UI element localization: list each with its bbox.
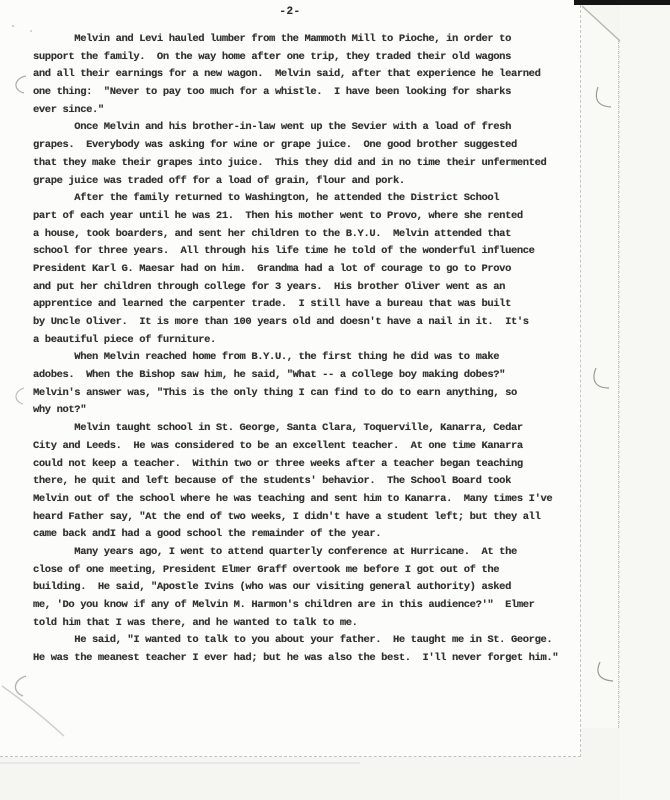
text-line: school for three years. All through his … bbox=[33, 243, 573, 261]
text-line: support the family. On the way home afte… bbox=[33, 49, 573, 67]
text-line: grape juice was traded off for a load of… bbox=[33, 173, 573, 191]
text-line: President Karl G. Maesar had on him. Gra… bbox=[33, 261, 573, 279]
scanner-edge-bar bbox=[574, 0, 670, 5]
text-line: He said, "I wanted to talk to you about … bbox=[33, 632, 573, 650]
text-line: me, 'Do you know if any of Melvin M. Har… bbox=[33, 597, 573, 615]
text-line: one thing: "Never to pay too much for a … bbox=[33, 84, 573, 102]
text-line: and put her children through college for… bbox=[33, 279, 573, 297]
text-line: heard Father say, "At the end of two wee… bbox=[33, 509, 573, 527]
text-line: After the family returned to Washington,… bbox=[33, 190, 573, 208]
text-line: City and Leeds. He was considered to be … bbox=[33, 438, 573, 456]
text-line: Many years ago, I went to attend quarter… bbox=[33, 544, 573, 562]
text-line: When Melvin reached home from B.Y.U., th… bbox=[33, 349, 573, 367]
backing-sheet bbox=[581, 4, 619, 728]
text-line: Melvin taught school in St. George, Sant… bbox=[33, 420, 573, 438]
text-line: could not keep a teacher. Within two or … bbox=[33, 456, 573, 474]
page-number: -2- bbox=[0, 6, 580, 18]
text-line: ever since." bbox=[33, 102, 573, 120]
text-line: and all their earnings for a new wagon. … bbox=[33, 66, 573, 84]
text-line: Melvin's answer was, "This is the only t… bbox=[33, 385, 573, 403]
text-line: came back andI had a good school the rem… bbox=[33, 526, 573, 544]
scanned-document: -2- Melvin and Levi hauled lumber from t… bbox=[0, 0, 670, 800]
text-line: He was the meanest teacher I ever had; b… bbox=[33, 650, 573, 668]
text-line: part of each year until he was 21. Then … bbox=[33, 208, 573, 226]
text-line: that they make their grapes into juice. … bbox=[33, 155, 573, 173]
text-line: grapes. Everybody was asking for wine or… bbox=[33, 137, 573, 155]
text-line: by Uncle Oliver. It is more than 100 yea… bbox=[33, 314, 573, 332]
text-line: a beautiful piece of furniture. bbox=[33, 332, 573, 350]
text-line: apprentice and learned the carpenter tra… bbox=[33, 296, 573, 314]
text-line: a house, took boarders, and sent her chi… bbox=[33, 226, 573, 244]
document-page: -2- Melvin and Levi hauled lumber from t… bbox=[0, 0, 581, 757]
scan-backdrop bbox=[620, 0, 670, 800]
text-line: Once Melvin and his brother-in-law went … bbox=[33, 119, 573, 137]
text-line: there, he quit and left because of the s… bbox=[33, 473, 573, 491]
text-line: close of one meeting, President Elmer Gr… bbox=[33, 562, 573, 580]
text-line: why not?" bbox=[33, 402, 573, 420]
text-line: Melvin out of the school where he was te… bbox=[33, 491, 573, 509]
text-block: Melvin and Levi hauled lumber from the M… bbox=[33, 31, 573, 668]
text-line: building. He said, "Apostle Ivins (who w… bbox=[33, 579, 573, 597]
text-line: adobes. When the Bishop saw him, he said… bbox=[33, 367, 573, 385]
text-line: Melvin and Levi hauled lumber from the M… bbox=[33, 31, 573, 49]
text-line: told him that I was there, and he wanted… bbox=[33, 615, 573, 633]
